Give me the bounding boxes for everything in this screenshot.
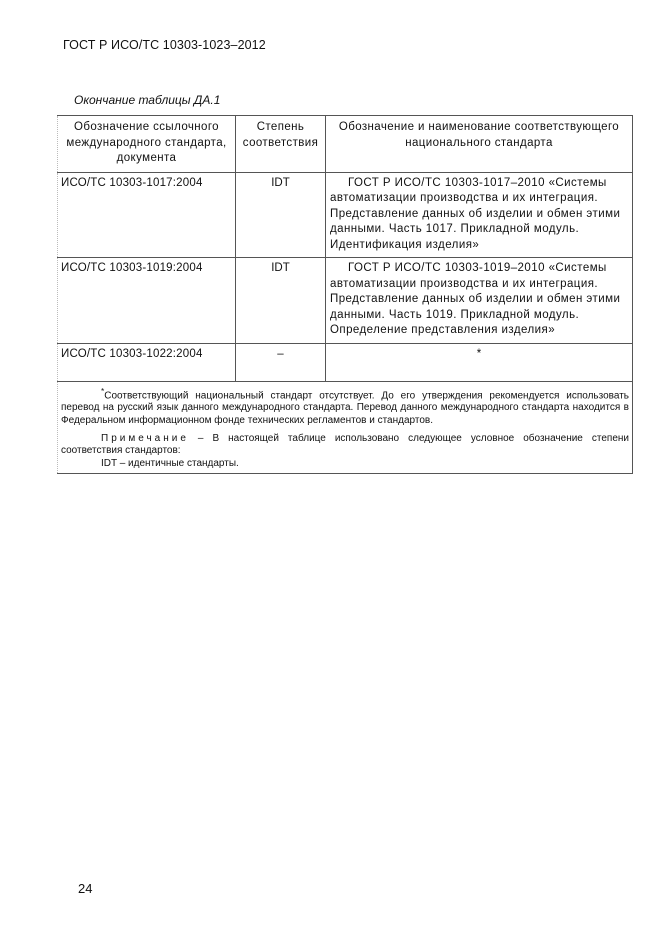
footnote-cell: *Соответствующий национальный стандарт о… [58, 381, 633, 474]
table-header-row: Обозначение ссылочного международного ст… [58, 116, 633, 173]
document-header: ГОСТ Р ИСО/ТС 10303-1023–2012 [63, 38, 266, 52]
table-row: ИСО/ТС 10303-1022:2004 – * [58, 343, 633, 381]
idt-definition: IDT – идентичные стандарты. [61, 458, 629, 471]
correspondence-table: Обозначение ссылочного международного ст… [57, 115, 633, 474]
table-row: ИСО/ТС 10303-1019:2004 IDT ГОСТ Р ИСО/ТС… [58, 258, 633, 344]
cell-reference: ИСО/ТС 10303-1017:2004 [58, 172, 236, 258]
column-header-national: Обозначение и наименование соответствующ… [326, 116, 633, 173]
cell-degree: IDT [236, 172, 326, 258]
cell-national: ГОСТ Р ИСО/ТС 10303-1017–2010 «Системы а… [326, 172, 633, 258]
page-number: 24 [78, 881, 92, 896]
note-text: Примечание – В настоящей таблице использ… [61, 433, 629, 458]
cell-reference: ИСО/ТС 10303-1022:2004 [58, 343, 236, 381]
table-row: ИСО/ТС 10303-1017:2004 IDT ГОСТ Р ИСО/ТС… [58, 172, 633, 258]
table-footnote-row: *Соответствующий национальный стандарт о… [58, 381, 633, 474]
cell-national: ГОСТ Р ИСО/ТС 10303-1019–2010 «Системы а… [326, 258, 633, 344]
column-header-reference: Обозначение ссылочного международного ст… [58, 116, 236, 173]
footnote-text: *Соответствующий национальный стандарт о… [61, 385, 629, 428]
cell-national: * [326, 343, 633, 381]
national-standard-text: ГОСТ Р ИСО/ТС 10303-1019–2010 «Системы а… [330, 261, 629, 339]
cell-degree: IDT [236, 258, 326, 344]
column-header-degree: Степень соответствия [236, 116, 326, 173]
national-standard-text: ГОСТ Р ИСО/ТС 10303-1017–2010 «Системы а… [330, 176, 629, 254]
cell-reference: ИСО/ТС 10303-1019:2004 [58, 258, 236, 344]
table-caption: Окончание таблицы ДА.1 [74, 93, 220, 107]
note-label: Примечание [101, 433, 189, 444]
cell-degree: – [236, 343, 326, 381]
